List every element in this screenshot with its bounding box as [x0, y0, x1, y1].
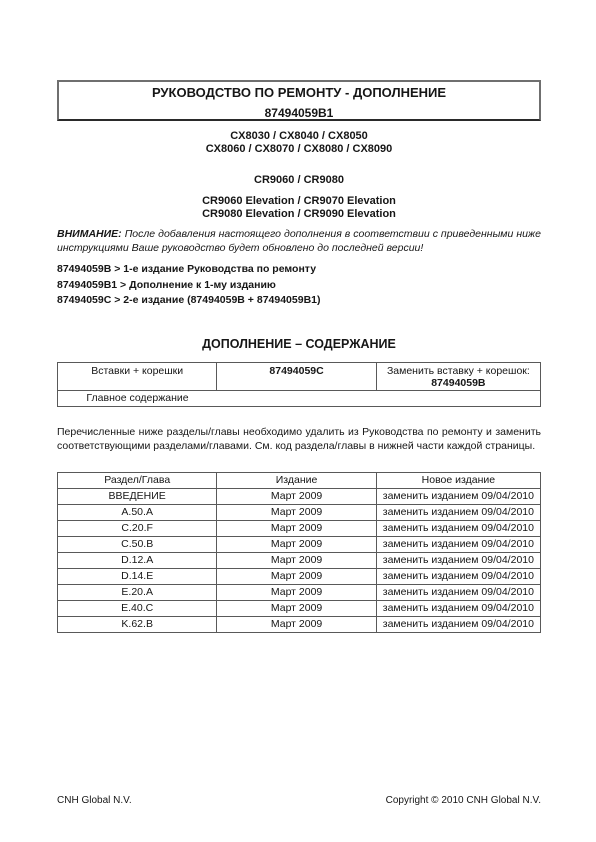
table-row: E.40.CМарт 2009заменить изданием 09/04/2…	[58, 601, 541, 617]
table-cell: Март 2009	[217, 569, 376, 585]
model-line: CR9060 Elevation / CR9070 Elevation	[57, 195, 541, 208]
model-line: CX8060 / CX8070 / CX8080 / CX8090	[57, 143, 541, 156]
table-row: D.14.EМарт 2009заменить изданием 09/04/2…	[58, 569, 541, 585]
table-cell: Вставки + корешки	[58, 363, 217, 391]
table-cell: заменить изданием 09/04/2010	[376, 601, 540, 617]
table-cell: Март 2009	[217, 505, 376, 521]
chapters-table-body: ВВЕДЕНИЕМарт 2009заменить изданием 09/04…	[58, 489, 541, 633]
edition-line: 87494059C > 2-е издание (87494059B + 874…	[57, 293, 541, 309]
main-contents-label: Главное содержание	[58, 392, 217, 404]
table-row: E.20.AМарт 2009заменить изданием 09/04/2…	[58, 585, 541, 601]
table-row: K.62.BМарт 2009заменить изданием 09/04/2…	[58, 617, 541, 633]
table-cell: Март 2009	[217, 521, 376, 537]
table-cell: заменить изданием 09/04/2010	[376, 505, 540, 521]
table-cell: D.12.A	[58, 553, 217, 569]
table-cell: Март 2009	[217, 617, 376, 633]
model-line: CR9080 Elevation / CR9090 Elevation	[57, 208, 541, 221]
instruction-paragraph: Перечисленные ниже разделы/главы необход…	[57, 425, 541, 453]
table-cell: заменить изданием 09/04/2010	[376, 617, 540, 633]
table-cell: C.50.B	[58, 537, 217, 553]
table-cell: C.20.F	[58, 521, 217, 537]
model-line: CX8030 / CX8040 / CX8050	[57, 130, 541, 143]
table-cell: ВВЕДЕНИЕ	[58, 489, 217, 505]
table-cell: 87494059C	[217, 363, 376, 391]
attention-text: После добавления настоящего дополнения в…	[57, 228, 541, 254]
table-cell: заменить изданием 09/04/2010	[376, 553, 540, 569]
chapters-table: Раздел/Глава Издание Новое издание ВВЕДЕ…	[57, 472, 541, 633]
page-footer: CNH Global N.V. Copyright © 2010 CNH Glo…	[57, 795, 541, 806]
table-row: Вставки + корешки 87494059C Заменить вст…	[58, 363, 541, 391]
table-cell: заменить изданием 09/04/2010	[376, 537, 540, 553]
table-cell: E.40.C	[58, 601, 217, 617]
replace-insert-part-number: 87494059B	[380, 377, 537, 389]
table-header-row: Раздел/Глава Издание Новое издание	[58, 473, 541, 489]
models-cr-block: CR9060 / CR9080	[57, 174, 541, 187]
editions-block: 87494059B > 1-е издание Руководства по р…	[57, 262, 541, 309]
table-row: D.12.AМарт 2009заменить изданием 09/04/2…	[58, 553, 541, 569]
table-row: ВВЕДЕНИЕМарт 2009заменить изданием 09/04…	[58, 489, 541, 505]
table-cell: E.20.A	[58, 585, 217, 601]
table-cell: Март 2009	[217, 585, 376, 601]
table-cell: K.62.B	[58, 617, 217, 633]
table-row: Главное содержание	[58, 391, 541, 407]
edition-line: 87494059B1 > Дополнение к 1-му изданию	[57, 278, 541, 294]
column-header-section: Раздел/Глава	[58, 473, 217, 489]
table-cell: Март 2009	[217, 553, 376, 569]
models-cx-block: CX8030 / CX8040 / CX8050 CX8060 / CX8070…	[57, 130, 541, 155]
model-line: CR9060 / CR9080	[57, 174, 541, 187]
table-cell: D.14.E	[58, 569, 217, 585]
supplement-contents-table: Вставки + корешки 87494059C Заменить вст…	[57, 362, 541, 407]
document-page: РУКОВОДСТВО ПО РЕМОНТУ - ДОПОЛНЕНИЕ 8749…	[0, 0, 596, 842]
edition-line: 87494059B > 1-е издание Руководства по р…	[57, 262, 541, 278]
attention-label: ВНИМАНИЕ:	[57, 228, 122, 240]
document-title: РУКОВОДСТВО ПО РЕМОНТУ - ДОПОЛНЕНИЕ	[59, 86, 539, 100]
table-cell: Март 2009	[217, 537, 376, 553]
models-cr-elevation-block: CR9060 Elevation / CR9070 Elevation CR90…	[57, 195, 541, 220]
table-cell: Главное содержание	[58, 391, 541, 407]
table-row: C.20.FМарт 2009заменить изданием 09/04/2…	[58, 521, 541, 537]
table-cell: Март 2009	[217, 489, 376, 505]
column-header-edition: Издание	[217, 473, 376, 489]
table-cell: Заменить вставку + корешок: 87494059B	[376, 363, 540, 391]
column-header-new-edition: Новое издание	[376, 473, 540, 489]
table-cell: Март 2009	[217, 601, 376, 617]
document-part-number: 87494059B1	[59, 107, 539, 119]
table-cell: заменить изданием 09/04/2010	[376, 521, 540, 537]
header-box: РУКОВОДСТВО ПО РЕМОНТУ - ДОПОЛНЕНИЕ 8749…	[57, 80, 541, 121]
table-row: A.50.AМарт 2009заменить изданием 09/04/2…	[58, 505, 541, 521]
table-cell: заменить изданием 09/04/2010	[376, 489, 540, 505]
footer-company: CNH Global N.V.	[57, 795, 132, 806]
table-cell: заменить изданием 09/04/2010	[376, 585, 540, 601]
table-cell: заменить изданием 09/04/2010	[376, 569, 540, 585]
table-row: C.50.BМарт 2009заменить изданием 09/04/2…	[58, 537, 541, 553]
replace-insert-label: Заменить вставку + корешок:	[380, 365, 537, 377]
table-cell: A.50.A	[58, 505, 217, 521]
supplement-contents-heading: ДОПОЛНЕНИЕ – СОДЕРЖАНИЕ	[57, 337, 541, 351]
attention-paragraph: ВНИМАНИЕ: После добавления настоящего до…	[57, 227, 541, 255]
footer-copyright: Copyright © 2010 CNH Global N.V.	[386, 795, 541, 806]
